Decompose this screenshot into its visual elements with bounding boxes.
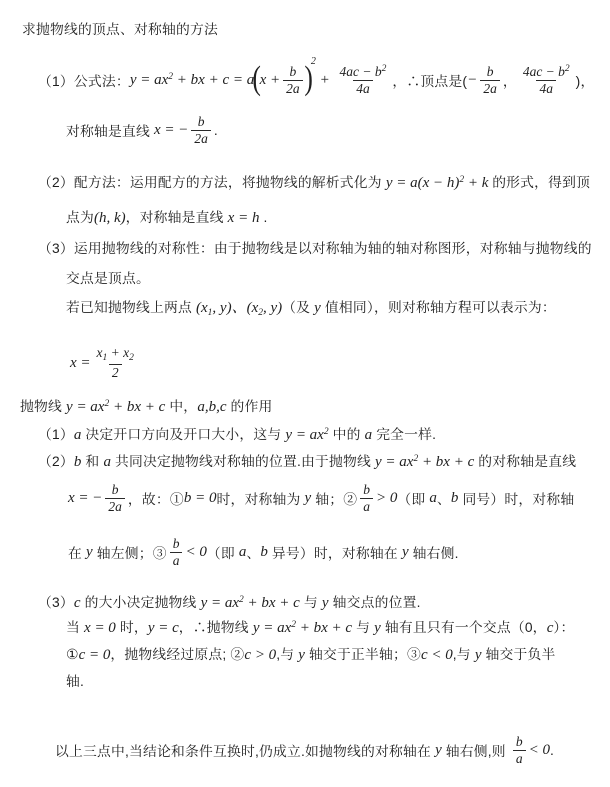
text-run: 和 — [81, 450, 103, 470]
math-run: c = 0 — [79, 647, 111, 664]
text-run: （及 — [282, 296, 314, 316]
math-run: a — [103, 454, 111, 471]
math-text: + bx + c — [296, 620, 352, 636]
math-run: y — [374, 620, 381, 637]
math-run: < 0 — [185, 544, 206, 561]
text-run: ，抛物线经过原点; ② — [110, 643, 244, 663]
text-run: 的大小决定抛物线 — [81, 591, 201, 611]
math-run: y = c — [148, 620, 179, 637]
text-run: ）： — [553, 616, 574, 636]
text-run: 交点是顶点。 — [66, 267, 150, 287]
math-text: 4ac − b — [340, 64, 382, 79]
math-text: , y) — [263, 300, 282, 316]
superscript: 2 — [382, 64, 387, 74]
fraction: x1 + x2 2 — [94, 345, 137, 380]
text-run: 若已知抛物线上两点 — [66, 296, 196, 316]
math-run: > 0 — [376, 490, 397, 507]
text-run: . — [214, 123, 218, 138]
math-run: y — [402, 544, 409, 561]
fraction-denominator: a — [170, 552, 183, 569]
math-run: x = — [70, 355, 91, 372]
text-run: 与 — [300, 591, 322, 611]
math-run: (x1, y)、(x2, y) — [196, 296, 282, 318]
math-run: − — [467, 72, 477, 89]
math-text: y = a(x − h) — [386, 175, 460, 191]
fraction-denominator: a — [360, 498, 373, 515]
math-text: + x — [107, 345, 129, 360]
math-text: y = ax — [285, 427, 323, 443]
math-run: y = ax2 + bx + c = a — [130, 72, 254, 89]
math-text: 4ac − b — [523, 64, 565, 79]
text-run: 时， — [116, 616, 148, 636]
math-run: a — [365, 427, 373, 444]
text-run: （2）配方法：运用配方的方法，将抛物线的解析式化为 — [38, 171, 386, 191]
text-run: ,与 — [453, 643, 475, 663]
text-run: ，∴抛物线 — [179, 616, 253, 636]
text-run: 在 — [68, 542, 86, 562]
fraction-denominator: 4a — [353, 80, 373, 97]
math-run: y — [314, 300, 321, 317]
math-text: (x — [196, 300, 208, 316]
fraction-numerator: x1 + x2 — [94, 345, 137, 364]
fraction: b 2a — [105, 482, 125, 514]
math-text: + k — [464, 175, 492, 191]
math-run: c — [547, 620, 554, 637]
text-run: ,与 — [276, 643, 298, 663]
text-run: 异号）时，对称轴在 — [268, 542, 402, 562]
fraction-numerator: 4ac − b2 — [520, 64, 573, 80]
fraction-denominator: 4a — [536, 80, 556, 97]
text-run: 当 — [66, 616, 84, 636]
text-run: 决定开口方向及开口大小，这与 — [81, 423, 285, 443]
math-run: a — [429, 490, 437, 507]
math-run: c — [74, 595, 81, 612]
fraction-numerator: b — [484, 64, 497, 80]
math-run: x = − — [68, 490, 102, 507]
text-run: 共同决定抛物线对称轴的位置.由于抛物线 — [111, 450, 375, 470]
fraction-numerator: b — [170, 536, 183, 552]
math-run: < 0 — [529, 742, 550, 759]
text-run: 轴交于正半轴；③ — [305, 643, 421, 663]
math-text: + bx + c — [418, 454, 474, 470]
text-run: （3）运用抛物线的对称性：由于抛物线是以对称轴为轴的轴对称图形，对称轴与抛物线的 — [38, 237, 592, 257]
text-run: 同号）时，对称轴 — [458, 488, 574, 508]
math-run: x = 0 — [84, 620, 116, 637]
fraction-numerator: b — [360, 482, 373, 498]
text-run: （1） — [38, 423, 74, 443]
document-page: 求抛物线的顶点、对称轴的方法 （1）公式法： y = ax2 + bx + c … — [0, 0, 610, 787]
text-run: ， — [503, 70, 517, 90]
text-run: 值相同），则对称轴方程可以表示为： — [321, 296, 556, 316]
math-run: + — [316, 72, 334, 89]
text-run: 的作用 — [226, 395, 272, 415]
math-text: y = ax — [375, 454, 413, 470]
text-run: 时，对称轴为 — [217, 488, 305, 508]
math-text: , y)、(x — [212, 300, 258, 316]
role-c-line-3: ① c = 0 ，抛物线经过原点; ② c > 0 ,与 y 轴交于正半轴；③ … — [66, 643, 556, 664]
fraction-denominator: 2a — [480, 80, 500, 97]
math-run: b = 0 — [184, 490, 217, 507]
role-b-line-1: （2） b 和 a 共同决定抛物线对称轴的位置.由于抛物线 y = ax2 + … — [38, 450, 576, 471]
text-run: 轴右侧. — [409, 542, 459, 562]
method-1-axis-line: 对称轴是直线 x = − b 2a . — [66, 107, 218, 153]
text-run: ，对称轴是直线 — [126, 206, 228, 226]
math-text: y = ax — [130, 72, 168, 88]
fraction: 4ac − b2 4a — [520, 64, 573, 96]
role-c-line-2: 当 x = 0 时， y = c ，∴抛物线 y = ax2 + bx + c … — [66, 616, 574, 637]
fraction: b a — [360, 482, 373, 514]
fraction-numerator: b — [286, 64, 299, 80]
role-c-line-1: （3） c 的大小决定抛物线 y = ax2 + bx + c 与 y 轴交点的… — [38, 591, 421, 612]
math-text: y = ax — [253, 620, 291, 636]
math-run: (h, k) — [94, 210, 126, 227]
fraction: b 2a — [480, 64, 500, 96]
text-run: ① — [66, 647, 79, 663]
math-run: b — [260, 544, 268, 561]
text-run: 点为 — [66, 206, 94, 226]
role-a-line: （1） a 决定开口方向及开口大小，这与 y = ax2 中的 a 完全一样. — [38, 423, 436, 444]
math-run: y — [86, 544, 93, 561]
fraction: b a — [513, 734, 526, 766]
text-run: （1）公式法： — [38, 70, 130, 90]
text-run: 轴. — [66, 670, 84, 690]
math-run: y = ax2 + bx + c — [201, 595, 300, 612]
role-b-line-3: 在 y 轴左侧；③ b a < 0 （即 a 、 b 异号）时，对称轴在 y 轴… — [68, 527, 459, 577]
fraction-numerator: b — [513, 734, 526, 750]
text-run: )， — [576, 70, 595, 90]
text-run: . — [259, 210, 267, 225]
text-run: ，故：① — [128, 488, 184, 508]
abc-role-heading: 抛物线 y = ax2 + bx + c 中， a,b,c 的作用 — [20, 395, 273, 416]
math-run: y — [298, 647, 305, 664]
fraction: b 2a — [191, 114, 211, 146]
text-run: （3） — [38, 591, 74, 611]
text-run: 轴交于负半 — [481, 643, 555, 663]
math-run: b — [74, 454, 82, 471]
method-2-line-2: 点为 (h, k) ，对称轴是直线 x = h . — [66, 206, 268, 227]
math-text: + bx + c = a — [173, 72, 254, 88]
math-run: y — [305, 490, 312, 507]
math-run: y = a(x − h)2 + k — [386, 175, 492, 192]
text-run: 中的 — [329, 423, 365, 443]
text-run: 完全一样. — [372, 423, 436, 443]
fraction: b 2a — [283, 64, 303, 96]
math-run: x = − — [154, 122, 188, 139]
math-text: + bx + c — [244, 595, 300, 611]
text-run: 轴交点的位置. — [329, 591, 421, 611]
fraction-numerator: b — [195, 114, 208, 130]
method-3-line-2: 交点是顶点。 — [66, 267, 150, 287]
text-run: 与 — [352, 616, 374, 636]
text-run: （2） — [38, 450, 74, 470]
math-run: a — [239, 544, 247, 561]
math-run: y — [435, 742, 442, 759]
subscript: 2 — [129, 353, 134, 363]
text-run: 中， — [165, 395, 197, 415]
conclusion-line: 以上三点中,当结论和条件互换时,仍成立.如抛物线的对称轴在 y 轴右侧,则 b … — [55, 726, 554, 774]
text-run: （即 — [397, 488, 429, 508]
fraction-numerator: 4ac − b2 — [337, 64, 390, 80]
fraction-denominator: 2a — [105, 498, 125, 515]
math-run: x = h — [228, 210, 260, 227]
math-text: y = ax — [66, 399, 104, 415]
fraction-denominator: 2a — [191, 130, 211, 147]
right-parenthesis: ) — [304, 62, 312, 96]
method-2-line-1: （2）配方法：运用配方的方法，将抛物线的解析式化为 y = a(x − h)2 … — [38, 171, 590, 192]
axis-equation-line: x = x1 + x2 2 — [70, 338, 140, 388]
text-run: 抛物线 — [20, 395, 66, 415]
math-run: b — [451, 490, 459, 507]
math-text: + bx + c — [109, 399, 165, 415]
fraction-denominator: 2a — [283, 80, 303, 97]
text-run: 以上三点中,当结论和条件互换时,仍成立.如抛物线的对称轴在 — [55, 740, 435, 760]
math-run: a,b,c — [197, 399, 226, 416]
text-run: 对称轴是直线 — [66, 120, 154, 140]
text-run: （即 — [207, 542, 239, 562]
method-3-line-1: （3）运用抛物线的对称性：由于抛物线是以对称轴为轴的轴对称图形，对称轴与抛物线的 — [38, 237, 592, 257]
math-run: y = ax2 + bx + c — [375, 454, 474, 471]
text-run: . — [550, 743, 554, 758]
role-c-line-4: 轴. — [66, 670, 84, 690]
title-text: 求抛物线的顶点、对称轴的方法 — [22, 18, 218, 38]
math-run: a — [74, 427, 82, 444]
left-parenthesis: ( — [253, 62, 261, 96]
text-run: 轴左侧；③ — [93, 542, 167, 562]
fraction: 4ac − b2 4a — [337, 64, 390, 96]
math-text: y = ax — [201, 595, 239, 611]
math-run: y = ax2 + bx + c — [66, 399, 165, 416]
text-run: 轴右侧,则 — [442, 740, 510, 760]
text-run: 的对称轴是直线 — [474, 450, 576, 470]
math-run: y = ax2 — [285, 427, 328, 444]
text-run: ，∴顶点是( — [392, 70, 467, 90]
text-run: 、 — [437, 488, 451, 508]
math-run: x + — [260, 72, 281, 89]
math-run: y — [322, 595, 329, 612]
role-b-line-2: x = − b 2a ，故：① b = 0 时，对称轴为 y 轴；② b a >… — [68, 473, 574, 523]
fraction-denominator: 2 — [109, 364, 122, 381]
math-run: y = ax2 + bx + c — [253, 620, 352, 637]
fraction-denominator: a — [513, 750, 526, 767]
text-run: 、 — [246, 542, 260, 562]
text-run: 的形式，得到顶 — [492, 171, 590, 191]
text-run: 轴有且只有一个交点（0， — [381, 616, 547, 636]
fraction: b a — [170, 536, 183, 568]
superscript: 2 — [565, 64, 570, 74]
math-run: y — [475, 647, 482, 664]
math-run: c < 0 — [421, 647, 453, 664]
document-title: 求抛物线的顶点、对称轴的方法 — [22, 18, 218, 38]
fraction-numerator: b — [109, 482, 122, 498]
text-run: 轴；② — [311, 488, 357, 508]
method-1-formula-line: （1）公式法： y = ax2 + bx + c = a ( x + b 2a … — [38, 52, 594, 108]
math-run: c > 0 — [244, 647, 276, 664]
two-points-line: 若已知抛物线上两点 (x1, y)、(x2, y) （及 y 值相同），则对称轴… — [66, 296, 556, 318]
